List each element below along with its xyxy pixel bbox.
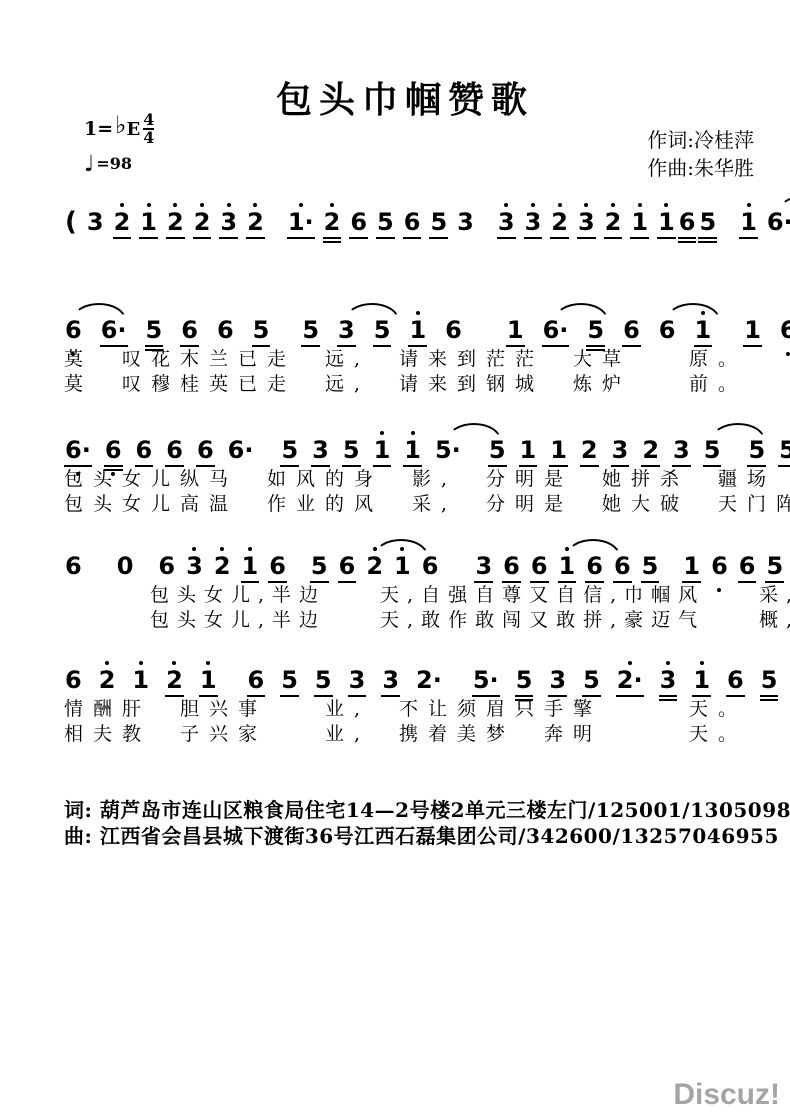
sheet-music-page: 包头巾帼赞歌 作词:冷桂萍 作曲:朱华胜 1=♭E 4 4 ♩=98 (3212… xyxy=(0,0,790,849)
note-token: 1 xyxy=(373,437,392,467)
note-token: 6 xyxy=(196,437,215,467)
note-token: 6 xyxy=(502,553,521,583)
note-token: 1 xyxy=(692,667,711,697)
note-token: 6· xyxy=(227,437,255,467)
note-token: 6 xyxy=(157,553,176,583)
note-token: 6 xyxy=(216,317,235,347)
note-token: 5 xyxy=(703,437,722,467)
note-token: 1 xyxy=(393,553,412,583)
tempo-marking: ♩=98 xyxy=(84,154,154,173)
note-token: 1 xyxy=(403,437,422,467)
note-token: 3 xyxy=(219,209,238,239)
note-token: 2 xyxy=(98,667,117,697)
note-token: 5 xyxy=(778,437,790,467)
note-token: 2 xyxy=(213,553,232,583)
note-token: 3 xyxy=(456,209,475,239)
note-token: 5 xyxy=(280,437,299,467)
note-token: 6 xyxy=(710,553,729,583)
note-token: 6· xyxy=(64,437,92,467)
note-token: 5 xyxy=(747,437,766,467)
note-token: 3 xyxy=(185,553,204,583)
note-token: 1 xyxy=(694,317,713,347)
note-token: 1 xyxy=(139,209,158,239)
notation-line: 66·56655351616·566116655~~3· xyxy=(64,289,746,347)
note-token: 2 xyxy=(246,209,265,239)
discuz-watermark: Discuz! xyxy=(673,1078,780,1112)
note-token: 6 xyxy=(104,437,123,467)
note-token: 6 xyxy=(268,553,287,583)
note-token: 1 xyxy=(558,553,577,583)
note-token: 6 xyxy=(135,437,154,467)
note-token: 5 xyxy=(145,317,164,347)
note-token: 6 xyxy=(678,209,697,239)
key-signature: 1=♭E 4 4 xyxy=(84,112,154,146)
note-token: 1 xyxy=(657,209,676,239)
note-token: 1 xyxy=(739,209,758,239)
meter-denominator: 4 xyxy=(143,128,154,146)
note-token: 6· xyxy=(542,317,570,347)
meter-numerator: 4 xyxy=(143,112,154,128)
note-token: 2 xyxy=(323,209,342,239)
note-token: 5 xyxy=(582,667,601,697)
note-token: ( xyxy=(64,209,78,239)
note-token: 5 xyxy=(310,553,329,583)
note-token: 6 xyxy=(64,667,83,697)
note-token: 5 xyxy=(376,209,395,239)
note-token: 6 xyxy=(421,553,440,583)
note-token: 5 xyxy=(252,317,271,347)
note-token: 5 xyxy=(765,553,784,583)
flat-icon: ♭ xyxy=(115,116,126,134)
note-token: 5· xyxy=(434,437,462,467)
note-token: 2· xyxy=(415,667,443,697)
note-token: 2 xyxy=(113,209,132,239)
note-token: 5 xyxy=(301,317,320,347)
note-token: 6· xyxy=(100,317,128,347)
note-token: 3 xyxy=(348,667,367,697)
note-token: 3 xyxy=(577,209,596,239)
key-prefix: 1= xyxy=(84,118,113,140)
lyrics-line: 包头女儿,半边 天,敢作敢闯又敢拼,豪迈气 概, xyxy=(150,608,746,633)
note-token: 5 xyxy=(515,667,534,697)
notation-system-verse1: 66·56655351616·566116655~~3· 莫 叹花木兰已走 远,… xyxy=(64,289,746,397)
song-title: 包头巾帼赞歌 xyxy=(64,0,746,123)
notation-line: (32122321·26565333232116516·6) xyxy=(64,181,746,239)
note-token: 5 xyxy=(429,209,448,239)
note-token: 2· xyxy=(616,667,644,697)
note-token: 6 xyxy=(726,667,745,697)
note-token: 6 xyxy=(64,317,83,347)
note-token: 3 xyxy=(311,437,330,467)
lyrics-line: 莫 叹穆桂英已走 远, 请来到钢城 炼炉 前。 xyxy=(64,372,746,397)
note-token: 6 xyxy=(779,317,790,347)
note-token: 6 xyxy=(613,553,632,583)
note-token: 1· xyxy=(287,209,315,239)
note-token: 5 xyxy=(760,667,779,697)
notation-system-chorus1: 6063216562163661665166553· 包头女儿,半边 天,自强自… xyxy=(64,525,746,633)
lyrics-line: 相夫教 子兴家 业, 携着美梦 奔明 天。 xyxy=(64,722,746,747)
slur-arc xyxy=(778,195,790,212)
note-token: 6· xyxy=(766,209,790,239)
note-token: 1 xyxy=(408,317,427,347)
notation-line: 62121655332·5·5352·316516·6 xyxy=(64,639,746,697)
lyricist-credit: 作词:冷桂萍 xyxy=(647,126,754,154)
note-token: 5 xyxy=(488,437,507,467)
note-token: 1 xyxy=(682,553,701,583)
note-token: 3 xyxy=(86,209,105,239)
note-token: 6 xyxy=(64,553,83,583)
note-token: 6 xyxy=(403,209,422,239)
note-token: 5 xyxy=(280,667,299,697)
lyrics-line: 莫 叹花木兰已走 远, 请来到茫茫 大草 原。 xyxy=(64,347,746,372)
note-token: 1 xyxy=(519,437,538,467)
key-letter: E xyxy=(126,119,140,140)
note-token: 3 xyxy=(659,667,678,697)
note-token: 3 xyxy=(548,667,567,697)
lyrics-line: 情酬肝 胆兴事 业, 不让须眉只手擎 天。 xyxy=(64,697,746,722)
lyrics-line: 包头女儿,半边 天,自强自尊又自信,巾帼风 采, xyxy=(150,583,746,608)
note-token: 6 xyxy=(738,553,757,583)
note-token: 3 xyxy=(337,317,356,347)
note-token: 5 xyxy=(698,209,717,239)
note-token: 1 xyxy=(506,317,525,347)
credits-block: 作词:冷桂萍 作曲:朱华胜 xyxy=(647,126,754,182)
note-token: 5 xyxy=(314,667,333,697)
composer-contact-line: 曲: 江西省会昌县城下渡街36号江西石磊集团公司/342600/13257046… xyxy=(64,823,746,849)
notation-system-verse2: 6·66666·535115·511232355555356· 包头女儿纵马 如… xyxy=(64,409,746,517)
note-token: 2 xyxy=(604,209,623,239)
note-token: 1 xyxy=(549,437,568,467)
quarter-note-icon: ♩ xyxy=(84,156,94,172)
note-token: 6 xyxy=(247,667,266,697)
note-token: 6 xyxy=(444,317,463,347)
note-token: 6 xyxy=(530,553,549,583)
contact-info-block: 词: 葫芦岛市连山区粮食局住宅14—2号楼2单元三楼左门/125001/1305… xyxy=(64,797,746,849)
note-token: 1 xyxy=(743,317,762,347)
note-token: 3 xyxy=(381,667,400,697)
note-token: 1 xyxy=(241,553,260,583)
tempo-value: =98 xyxy=(96,154,132,173)
note-token: 3 xyxy=(672,437,691,467)
note-token: 2 xyxy=(166,209,185,239)
note-token: 2 xyxy=(550,209,569,239)
time-signature: 4 4 xyxy=(143,112,154,146)
note-token: 2 xyxy=(193,209,212,239)
notation-line: 6063216562163661665166553· xyxy=(64,525,746,583)
lyrics-line: 包头女儿纵马 如风的身 影, 分明是 她拼杀 疆场 的再现。 xyxy=(64,467,746,492)
note-token: 5 xyxy=(342,437,361,467)
note-token: 2 xyxy=(365,553,384,583)
note-token: 3 xyxy=(474,553,493,583)
notation-system-chorus2: 62121655332·5·5352·316516·6 情酬肝 胆兴事 业, 不… xyxy=(64,639,746,747)
note-token: 5· xyxy=(472,667,500,697)
note-token: 5 xyxy=(586,317,605,347)
notation-line: 6·66666·535115·511232355555356· xyxy=(64,409,746,467)
note-token: 6 xyxy=(338,553,357,583)
note-token: 6 xyxy=(585,553,604,583)
note-token: 6 xyxy=(622,317,641,347)
key-tempo-block: 1=♭E 4 4 ♩=98 xyxy=(84,112,154,173)
note-token: 6 xyxy=(349,209,368,239)
note-token: 6 xyxy=(180,317,199,347)
composer-credit: 作曲:朱华胜 xyxy=(647,154,754,182)
note-token: 5 xyxy=(373,317,392,347)
note-token: 0 xyxy=(116,553,135,583)
note-token: 3 xyxy=(611,437,630,467)
lyrics-line: 包头女儿高温 作业的风 采, 分明是 她大破 天门阵的重演。 xyxy=(64,492,746,517)
note-token: 3 xyxy=(524,209,543,239)
note-token: 2 xyxy=(165,667,184,697)
notation-system-intro: (32122321·26565333232116516·6) xyxy=(64,181,746,239)
note-token: 1 xyxy=(630,209,649,239)
note-token: 3 xyxy=(497,209,516,239)
note-token: 6 xyxy=(658,317,677,347)
note-token: 5 xyxy=(641,553,660,583)
note-token: 2 xyxy=(580,437,599,467)
note-token: 1 xyxy=(199,667,218,697)
note-token: 1 xyxy=(131,667,150,697)
lyricist-contact-line: 词: 葫芦岛市连山区粮食局住宅14—2号楼2单元三楼左门/125001/1305… xyxy=(64,797,746,823)
note-token: 6 xyxy=(165,437,184,467)
note-token: 2 xyxy=(641,437,660,467)
